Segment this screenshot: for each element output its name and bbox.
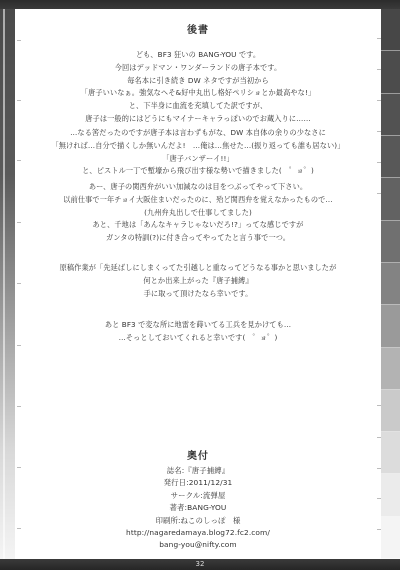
gray-swatch [381,136,400,178]
text-line: 唐子は一般的にはどうにもマイナーキャラっぽいのでお蔵入りに…… [15,113,381,126]
text-line: と、ピストル一丁で塹壕から飛び出す様な勢いで描きました( ゜ョ゜) [15,165,381,178]
circle-name: サークル:流弾屋 [15,490,381,502]
gray-swatch [381,390,400,432]
contact-email: bang-you@nifty.com [15,539,381,551]
colophon-title: 奥付 [15,447,381,462]
gray-swatch [381,263,400,305]
text-line: …なる筈だったのですが唐子本は言わずもがな、DW 本自体の余りの少なさに [15,127,381,140]
afterword-paragraph-5: あと BF3 で変な所に地雷を蒔いてる工兵を見かけても… …そっとしておいてくれ… [15,319,381,345]
gray-swatch [381,305,400,347]
gray-swatch [381,348,400,390]
afterword-paragraph-3: あー、唐子の関西弁がいい加減なのは目をつぶってやって下さい。 以前仕事で一年チョ… [15,181,381,245]
grayscale-calibration-strip [381,9,400,559]
gray-swatch [381,94,400,136]
text-line: あと BF3 で変な所に地雷を蒔いてる工兵を見かけても… [15,319,381,332]
gray-swatch [381,51,400,93]
text-line: 今回はデッドマン・ワンダーランドの唐子本です。 [15,62,381,75]
printer-name: 印刷所:ねこのしっぽ 様 [15,515,381,527]
text-line: 「唐子いいなぁ。強気なヘそ&好中丸出し格好ペリショとか最高やな!」 [15,87,381,100]
gray-swatch [381,178,400,220]
text-line: 「無ければ…自分で描くしか無いんだよ! …俺は…焦せた…(振り返っても誰も居ない… [15,140,381,153]
text-line: ガンタの特訓(?)に付き合ってやってたと言う事で一つ。 [15,232,381,245]
gray-swatch [381,517,400,559]
text-line: 毎名本に引き続き DW ネタですが当初から [15,75,381,88]
publication-date: 発行日:2011/12/31 [15,477,381,489]
text-line: と、下半身に血流を充填してた訳ですが、 [15,100,381,113]
text-line: 「唐子バンザーイ!!」 [15,153,381,166]
gray-swatch [381,9,400,51]
gray-swatch [381,474,400,516]
book-page: 後書 ども、BF3 狂いの BANG-YOU です。 今回はデッドマン・ワンダー… [15,9,381,559]
colophon-details: 誌名:『唐子捕縛』 発行日:2011/12/31 サークル:流弾屋 著者:BAN… [15,465,381,552]
text-line: …そっとしておいてくれると幸いです( ゜ョ゜) [15,332,381,345]
afterword-paragraph-4: 原稿作業が「先延ばしにしまくってた引越しと重なってどうなる事かと思いましたが 何… [15,262,381,300]
gray-swatch [381,432,400,474]
text-line: 原稿作業が「先延ばしにしまくってた引越しと重なってどうなる事かと思いましたが [15,262,381,275]
text-line: あと、千地は「あんなキャラじゃないだろ!?」ってな感じですが [15,219,381,232]
page-number: 32 [190,560,210,569]
text-line: 以前仕事で一年チョイ大阪住まいだったのに、殆ど関西弁を覚えなかったもので… [15,194,381,207]
scan-left-edge [0,9,15,559]
afterword-title: 後書 [15,21,381,36]
text-line: ども、BF3 狂いの BANG-YOU です。 [15,49,381,62]
publication-title: 誌名:『唐子捕縛』 [15,465,381,477]
afterword-paragraph-1: ども、BF3 狂いの BANG-YOU です。 今回はデッドマン・ワンダーランド… [15,49,381,126]
text-line: 何とか出来上がった『唐子捕縛』 [15,275,381,288]
website-url: http://nagaredamaya.blog72.fc2.com/ [15,527,381,539]
text-line: 手に取って頂けたなら幸いです。 [15,288,381,301]
scan-top-border [0,0,400,9]
text-line: あー、唐子の関西弁がいい加減なのは目をつぶってやって下さい。 [15,181,381,194]
author-name: 著者:BANG-YOU [15,502,381,514]
afterword-paragraph-2: …なる筈だったのですが唐子本は言わずもがな、DW 本自体の余りの少なさに 「無け… [15,127,381,178]
binding-edge-highlight [3,9,5,559]
text-line: (九州弁丸出しで仕事してました) [15,207,381,220]
gray-swatch [381,221,400,263]
